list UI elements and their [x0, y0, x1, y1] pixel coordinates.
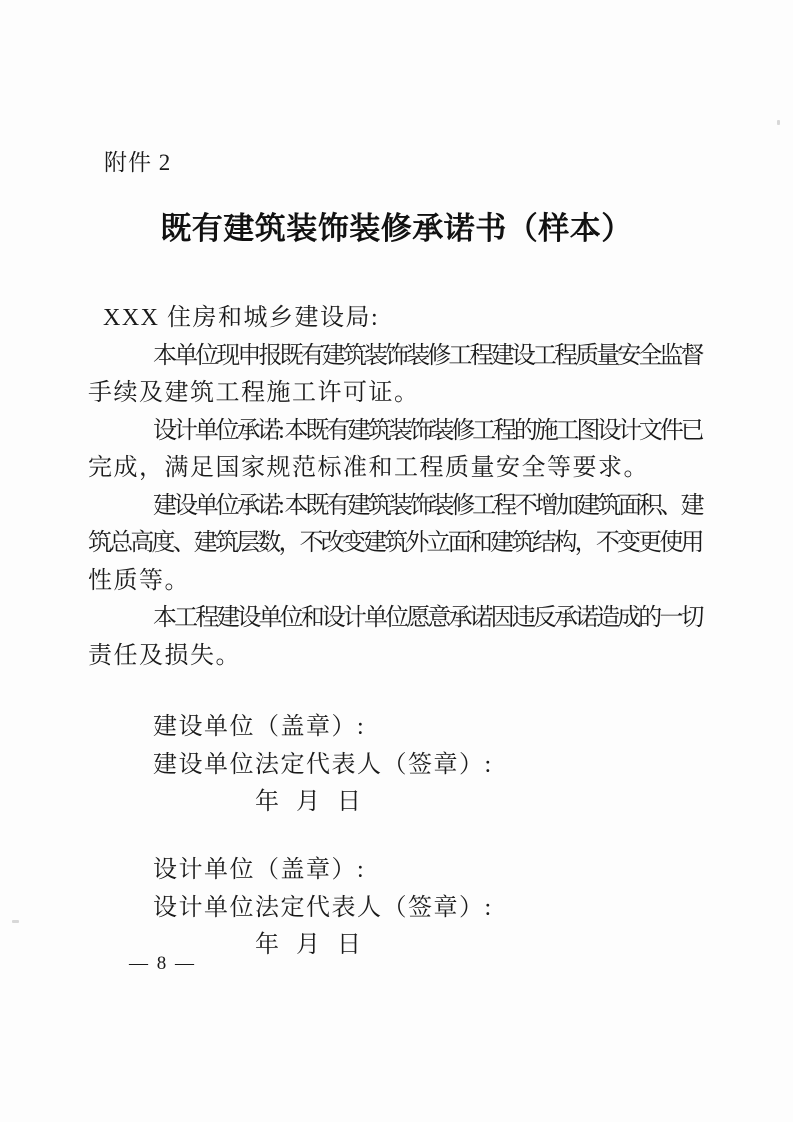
body-line-text: 责任及损失。	[88, 638, 241, 676]
design-unit-date-text: 年 月 日	[255, 927, 363, 965]
body-line: 本单位现申报既有建筑装饰装修工程建设工程质量安全监督	[88, 338, 706, 376]
body-line: 责任及损失。	[88, 638, 706, 676]
construction-unit-date-line: 年 月 日	[88, 784, 706, 822]
body-line-text: 手续及建筑工程施工许可证。	[88, 375, 420, 413]
body-line-text: 设计单位承诺: 本既有建筑装饰装修工程的施工图设计文件已	[153, 413, 701, 451]
body-line-text: 本单位现申报既有建筑装饰装修工程建设工程质量安全监督	[153, 338, 702, 376]
design-unit-seal-text: 设计单位（盖章）:	[153, 852, 365, 890]
scan-speck	[12, 920, 19, 923]
attachment-label: 附件 2	[104, 144, 171, 177]
construction-unit-seal-line: 建设单位（盖章）:	[88, 709, 706, 747]
design-unit-seal-line: 设计单位（盖章）:	[88, 852, 706, 890]
document-body: XXX 住房和城乡建设局: 本单位现申报既有建筑装饰装修工程建设工程质量安全监督…	[88, 300, 706, 675]
salutation-line: XXX 住房和城乡建设局:	[88, 300, 706, 338]
scanned-document-page: 附件 2 既有建筑装饰装修承诺书（样本） XXX 住房和城乡建设局: 本单位现申…	[0, 0, 793, 1122]
body-line-text: 建设单位承诺: 本既有建筑装饰装修工程不增加建筑面积、建	[153, 488, 701, 526]
design-unit-representative-text: 设计单位法定代表人（签章）:	[153, 890, 493, 928]
body-line: 性质等。	[88, 563, 706, 601]
construction-unit-seal-text: 建设单位（盖章）:	[153, 709, 365, 747]
construction-unit-representative-text: 建设单位法定代表人（签章）:	[153, 747, 493, 785]
body-line: 手续及建筑工程施工许可证。	[88, 375, 706, 413]
body-line-text: 筑总高度、建筑层数，不改变建筑外立面和建筑结构，不变更使用	[88, 525, 702, 563]
body-line-text: 完成，满足国家规范标准和工程质量安全等要求。	[88, 450, 649, 488]
salutation-text: XXX 住房和城乡建设局:	[103, 300, 379, 338]
construction-unit-date-text: 年 月 日	[255, 784, 363, 822]
scan-speck	[777, 120, 780, 125]
body-line: 完成，满足国家规范标准和工程质量安全等要求。	[88, 450, 706, 488]
construction-unit-signature-block: 建设单位（盖章）: 建设单位法定代表人（签章）: 年 月 日	[88, 709, 706, 822]
body-line: 建设单位承诺: 本既有建筑装饰装修工程不增加建筑面积、建	[88, 488, 706, 526]
body-line: 筑总高度、建筑层数，不改变建筑外立面和建筑结构，不变更使用	[88, 525, 706, 563]
page-number: — 8 —	[129, 953, 196, 975]
design-unit-signature-block: 设计单位（盖章）: 设计单位法定代表人（签章）: 年 月 日	[88, 852, 706, 965]
design-unit-representative-line: 设计单位法定代表人（签章）:	[88, 890, 706, 928]
document-title: 既有建筑装饰装修承诺书（样本）	[0, 203, 793, 248]
body-line: 设计单位承诺: 本既有建筑装饰装修工程的施工图设计文件已	[88, 413, 706, 451]
body-line-text: 性质等。	[88, 563, 190, 601]
body-paragraphs: 本单位现申报既有建筑装饰装修工程建设工程质量安全监督手续及建筑工程施工许可证。设…	[88, 338, 706, 676]
construction-unit-representative-line: 建设单位法定代表人（签章）:	[88, 747, 706, 785]
body-line-text: 本工程建设单位和设计单位愿意承诺因违反承诺造成的一切	[153, 600, 702, 638]
body-line: 本工程建设单位和设计单位愿意承诺因违反承诺造成的一切	[88, 600, 706, 638]
